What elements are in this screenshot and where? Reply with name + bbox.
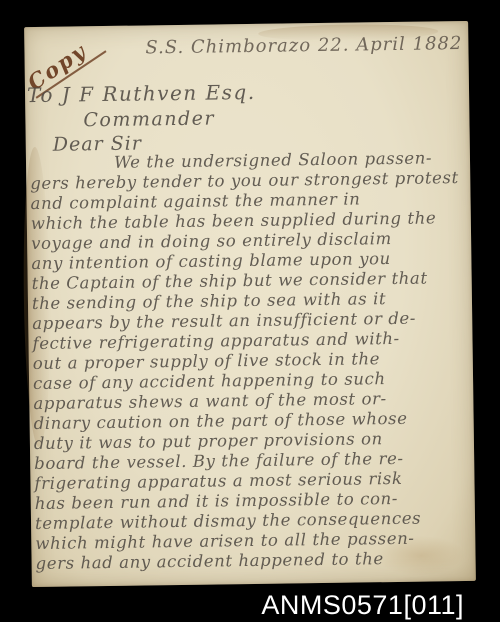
recipient-name: To J F Ruthven Esq. xyxy=(27,80,256,107)
letter-page: Copy S.S. Chimborazo 22. April 1882 To J… xyxy=(24,21,476,587)
dateline: S.S. Chimborazo 22. April 1882 xyxy=(145,33,462,58)
letter-body: We the undersigned Saloon passen-gers he… xyxy=(30,148,472,574)
recipient-title: Commander xyxy=(83,107,215,131)
catalog-number: ANMS0571[011] xyxy=(261,588,464,622)
scanned-letter-photo: Copy S.S. Chimborazo 22. April 1882 To J… xyxy=(0,0,500,622)
